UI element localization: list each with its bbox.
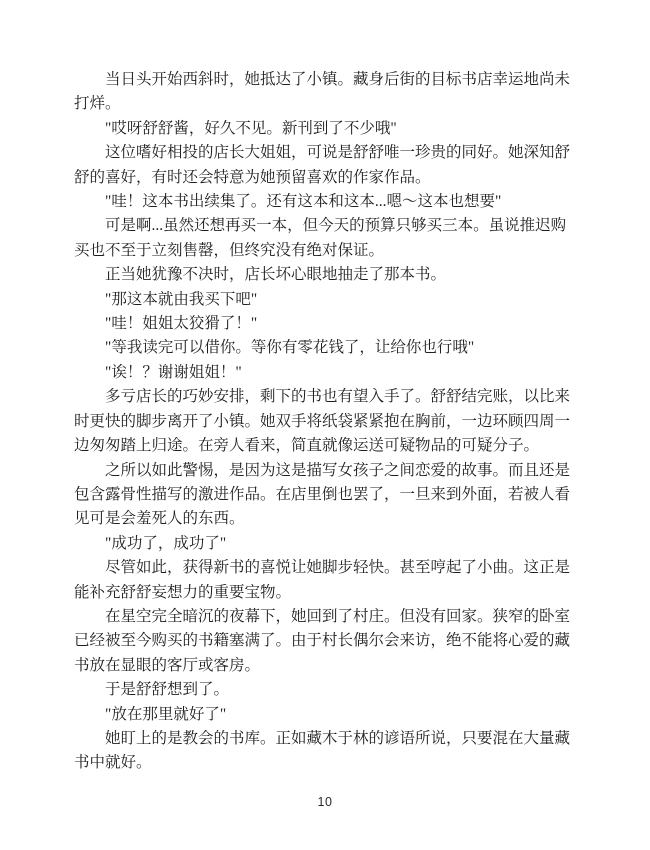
text-body: 当日头开始西斜时，她抵达了小镇。藏身后街的目标书店幸运地尚未打烊。 "哎呀舒舒酱… xyxy=(74,68,580,776)
narration-paragraph: 之所以如此警惕，是因为这是描写女孩子之间恋爱的故事。而且还是包含露骨性描写的激进… xyxy=(74,459,580,532)
dialogue-paragraph: "那这本就由我买下吧" xyxy=(74,288,580,312)
dialogue-paragraph: "等我读完可以借你。等你有零花钱了，让给你也行哦" xyxy=(74,336,580,360)
narration-paragraph: 她盯上的是教会的书库。正如藏木于林的谚语所说，只要混在大量藏书中就好。 xyxy=(74,727,580,776)
document-page: 当日头开始西斜时，她抵达了小镇。藏身后街的目标书店幸运地尚未打烊。 "哎呀舒舒酱… xyxy=(0,0,650,850)
dialogue-paragraph: "哇！姐姐太狡猾了！" xyxy=(74,312,580,336)
narration-paragraph: 这位嗜好相投的店长大姐姐，可说是舒舒唯一珍贵的同好。她深知舒舒的喜好，有时还会特… xyxy=(74,141,580,190)
narration-paragraph: 正当她犹豫不决时，店长坏心眼地抽走了那本书。 xyxy=(74,263,580,287)
dialogue-paragraph: "诶！？谢谢姐姐！" xyxy=(74,361,580,385)
page-number: 10 xyxy=(0,795,650,809)
dialogue-paragraph: "成功了，成功了" xyxy=(74,532,580,556)
dialogue-paragraph: "哎呀舒舒酱，好久不见。新刊到了不少哦" xyxy=(74,117,580,141)
narration-paragraph: 于是舒舒想到了。 xyxy=(74,678,580,702)
narration-paragraph: 尽管如此，获得新书的喜悦让她脚步轻快。甚至哼起了小曲。这正是能补充舒舒妄想力的重… xyxy=(74,556,580,605)
narration-paragraph: 多亏店长的巧妙安排，剩下的书也有望入手了。舒舒结完账，以比来时更快的脚步离开了小… xyxy=(74,385,580,458)
narration-paragraph: 当日头开始西斜时，她抵达了小镇。藏身后街的目标书店幸运地尚未打烊。 xyxy=(74,68,580,117)
dialogue-paragraph: "放在那里就好了" xyxy=(74,703,580,727)
narration-paragraph: 可是啊...虽然还想再买一本，但今天的预算只够买三本。虽说推迟购买也不至于立刻售… xyxy=(74,214,580,263)
narration-paragraph: 在星空完全暗沉的夜幕下，她回到了村庄。但没有回家。狭窄的卧室已经被至今购买的书籍… xyxy=(74,605,580,678)
dialogue-paragraph: "哇！这本书出续集了。还有这本和这本...嗯～这本也想要" xyxy=(74,190,580,214)
